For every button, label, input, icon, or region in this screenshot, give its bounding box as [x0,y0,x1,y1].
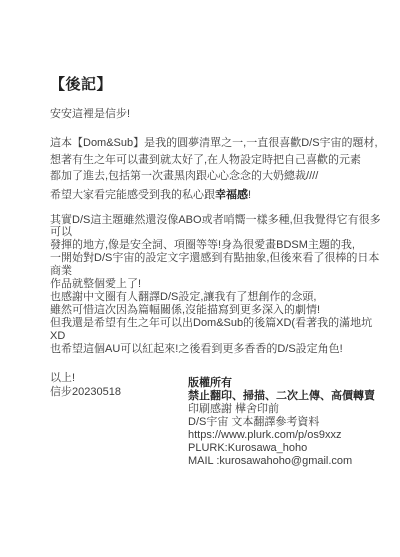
reference-url: https://www.plurk.com/p/os9xxz [188,429,388,442]
body-line: 一開始對D/S宇宙的設定文字還感到有點抽象,但後來看了很棒的日本商業 [50,252,382,278]
greeting-line: 安安這裡是信步! [50,108,382,121]
hope-line-suffix: ! [248,189,251,201]
body-line: 這本【Dom&Sub】是我的圓夢清單之一,一直很喜歡D/S宇宙的題材, [50,135,382,152]
prohibition-notice: 禁止翻印、掃描、二次上傳、高價轉賣 [188,390,388,403]
hope-line: 希望大家看完能感受到我的私心跟幸福感! [50,189,382,202]
body-line: 想著有生之年可以畫到就太好了,在人物設定時把自己喜歡的元素 [50,152,382,169]
body-line: 發揮的地方,像是安全詞、項圈等等!身為很愛畫BDSM主題的我, [50,239,382,252]
body-line: 也感謝中文圈有人翻譯D/S設定,讓我有了想創作的念頭, [50,291,382,304]
mail-contact: MAIL :kurosawahoho@gmail.com [188,455,388,468]
body-line: 但我還是希望有生之年可以出Dom&Sub的後篇XD(看著我的滿地坑XD [50,317,382,343]
hope-line-emphasis: 幸福感 [215,189,248,201]
afterword-title: 【後記】 [50,73,382,94]
paragraph-dream-list: 這本【Dom&Sub】是我的圓夢清單之一,一直很喜歡D/S宇宙的題材, 想著有生… [50,135,382,185]
body-line: 雖然可惜這次因為篇幅關係,沒能描寫到更多深入的劇情! [50,304,382,317]
afterword-page: 【後記】 安安這裡是信步! 這本【Dom&Sub】是我的圓夢清單之一,一直很喜歡… [0,0,400,557]
reference-title: D/S宇宙 文本翻譯參考資料 [188,416,388,429]
copyright-notice: 版權所有 [188,377,388,390]
body-line: 作品就整個愛上了! [50,278,382,291]
paragraph-ds-thoughts: 其實D/S這主題雖然還沒像ABO或者哨嚮一樣多種,但我覺得它有很多可以 發揮的地… [50,214,382,356]
body-line: 其實D/S這主題雖然還沒像ABO或者哨嚮一樣多種,但我覺得它有很多可以 [50,214,382,240]
hope-line-prefix: 希望大家看完能感受到我的私心跟 [50,189,215,201]
afterword-body: 【後記】 安安這裡是信步! 這本【Dom&Sub】是我的圓夢清單之一,一直很喜歡… [50,73,382,399]
colophon: 版權所有 禁止翻印、掃描、二次上傳、高價轉賣 印刷感謝 樺舍印前 D/S宇宙 文… [188,377,388,468]
plurk-contact: PLURK:Kurosawa_hoho [188,442,388,455]
print-credit: 印刷感謝 樺舍印前 [188,403,388,416]
body-line: 都加了進去,包括第一次畫黑肉跟心心念念的大奶總裁//// [50,168,382,185]
body-line: 也希望這個AU可以紅起來!之後看到更多香香的D/S設定角色! [50,343,382,356]
